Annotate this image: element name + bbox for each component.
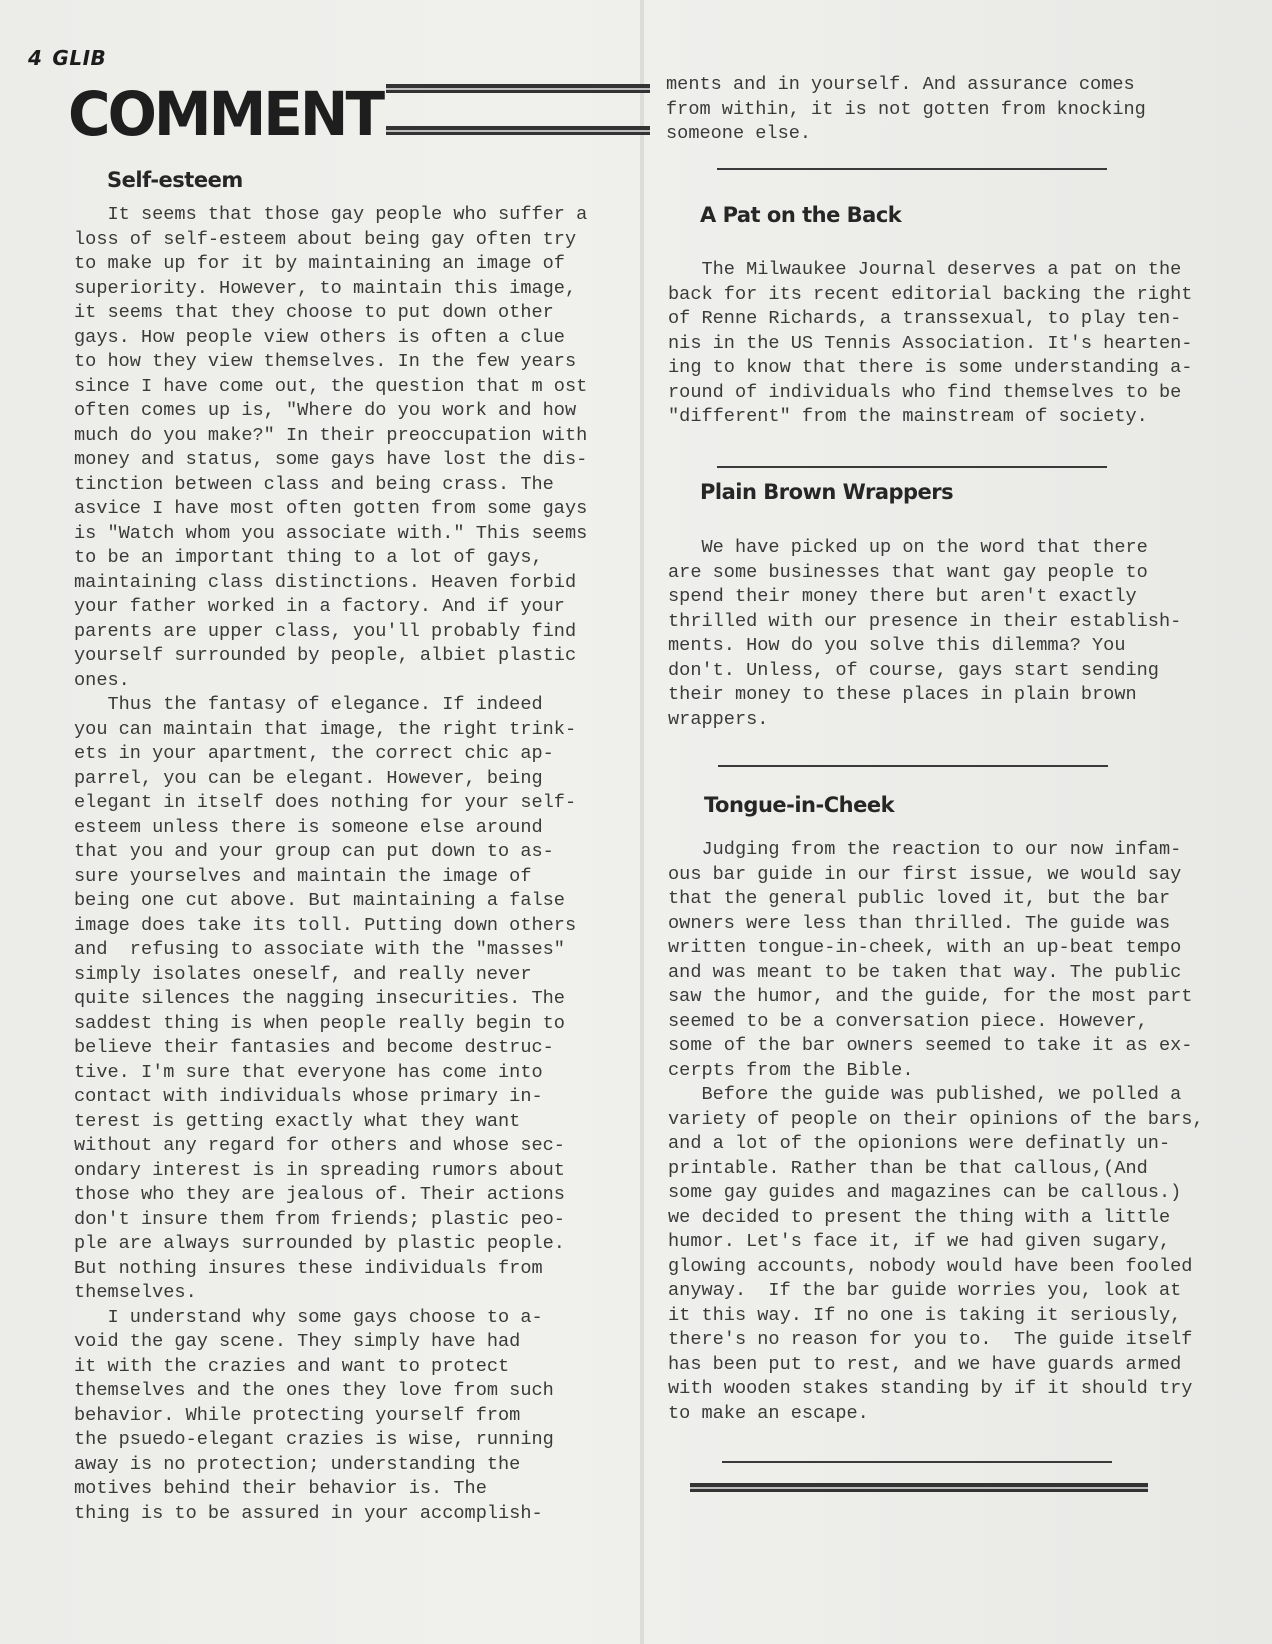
article-body-pat-on-the-back: The Milwaukee Journal deserves a pat on … bbox=[668, 258, 1192, 430]
article-body-plain-brown-wrappers: We have picked up on the word that there… bbox=[668, 536, 1181, 732]
article-title-pat-on-the-back: A Pat on the Back bbox=[700, 203, 901, 227]
article-title-self-esteem: Self-esteem bbox=[107, 168, 243, 192]
section-divider bbox=[718, 765, 1108, 767]
magazine-page: 4GLIB COMMENT Self-esteem It seems that … bbox=[0, 0, 1272, 1644]
publication-name: GLIB bbox=[52, 46, 106, 70]
article-title-tongue-in-cheek: Tongue-in-Cheek bbox=[704, 793, 894, 817]
article-body-self-esteem: It seems that those gay people who suffe… bbox=[74, 203, 587, 1526]
section-divider bbox=[717, 466, 1107, 468]
article-title-plain-brown-wrappers: Plain Brown Wrappers bbox=[700, 480, 953, 504]
article-body-tongue-in-cheek: Judging from the reaction to our now inf… bbox=[668, 838, 1204, 1426]
column-gutter bbox=[640, 0, 644, 1644]
section-divider bbox=[722, 1461, 1112, 1463]
page-folio: 4GLIB bbox=[28, 46, 106, 70]
section-divider bbox=[717, 168, 1107, 170]
article-body-self-esteem-continued: ments and in yourself. And assurance com… bbox=[666, 73, 1146, 147]
section-title: COMMENT bbox=[68, 78, 382, 149]
page-number: 4 bbox=[28, 46, 42, 70]
masthead-rule-bottom bbox=[386, 126, 650, 135]
closing-double-rule bbox=[690, 1483, 1148, 1492]
masthead-rule-top bbox=[386, 84, 650, 93]
